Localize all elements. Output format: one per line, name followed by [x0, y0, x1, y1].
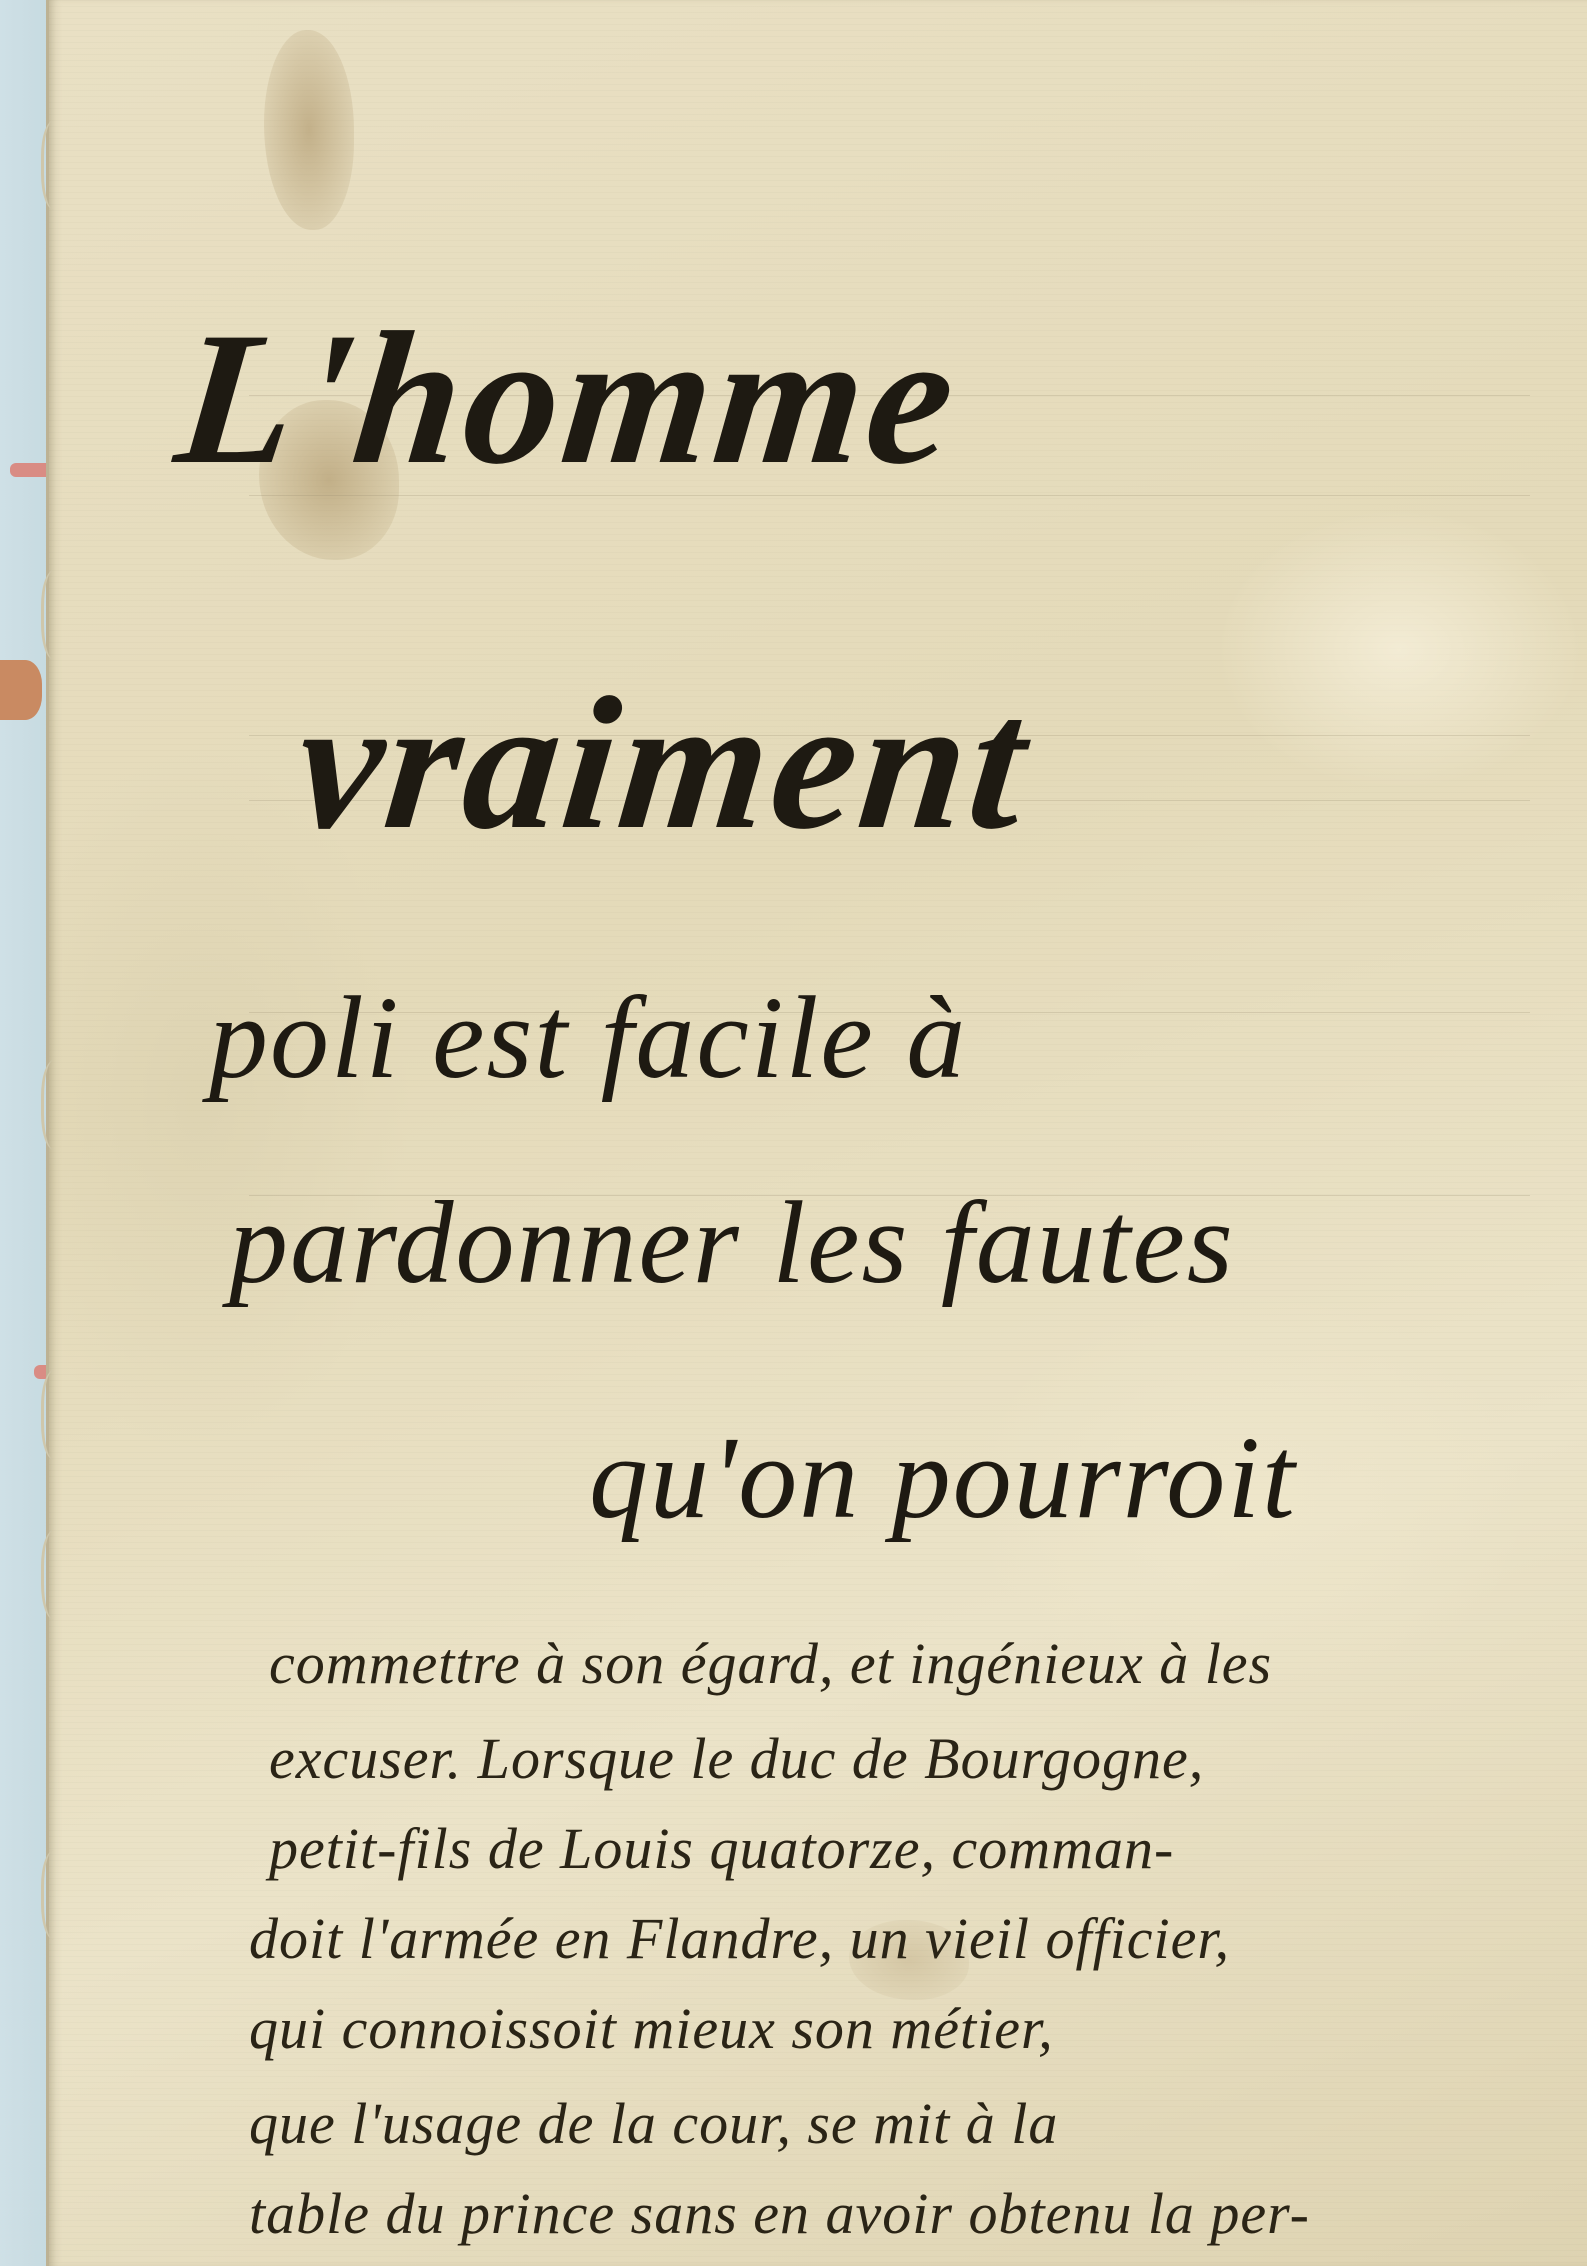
body-line-3: petit-fils de Louis quatorze, comman-: [269, 1815, 1174, 1882]
title-line-5: qu'on pourroit: [589, 1410, 1297, 1546]
water-stain: [264, 30, 354, 230]
body-line-2: excuser. Lorsque le duc de Bourgogne,: [269, 1725, 1204, 1792]
manuscript-page: L'homme vraiment poli est facile à pardo…: [46, 0, 1587, 2266]
binding-stitch: [41, 1530, 74, 1620]
body-line-6: que l'usage de la cour, se mit à la: [249, 2090, 1058, 2157]
title-line-2: vraiment: [288, 655, 1040, 873]
title-line-3: poli est facile à: [209, 970, 967, 1106]
binding-stitch: [41, 1850, 74, 1940]
body-line-1: commettre à son égard, et ingénieux à le…: [269, 1630, 1272, 1697]
binding-stitch: [41, 570, 74, 660]
body-line-4: doit l'armée en Flandre, un vieil offici…: [249, 1905, 1230, 1972]
wax-seal-fragment: [0, 660, 42, 720]
body-line-5: qui connoissoit mieux son métier,: [249, 1995, 1054, 2062]
body-line-7: table du prince sans en avoir obtenu la …: [249, 2180, 1310, 2247]
title-line-1: L'homme: [168, 290, 968, 508]
binding-stitch: [41, 120, 74, 210]
title-line-4: pardonner les fautes: [229, 1175, 1235, 1311]
binding-stitch: [41, 1060, 74, 1150]
binding-stitch: [41, 1370, 74, 1460]
